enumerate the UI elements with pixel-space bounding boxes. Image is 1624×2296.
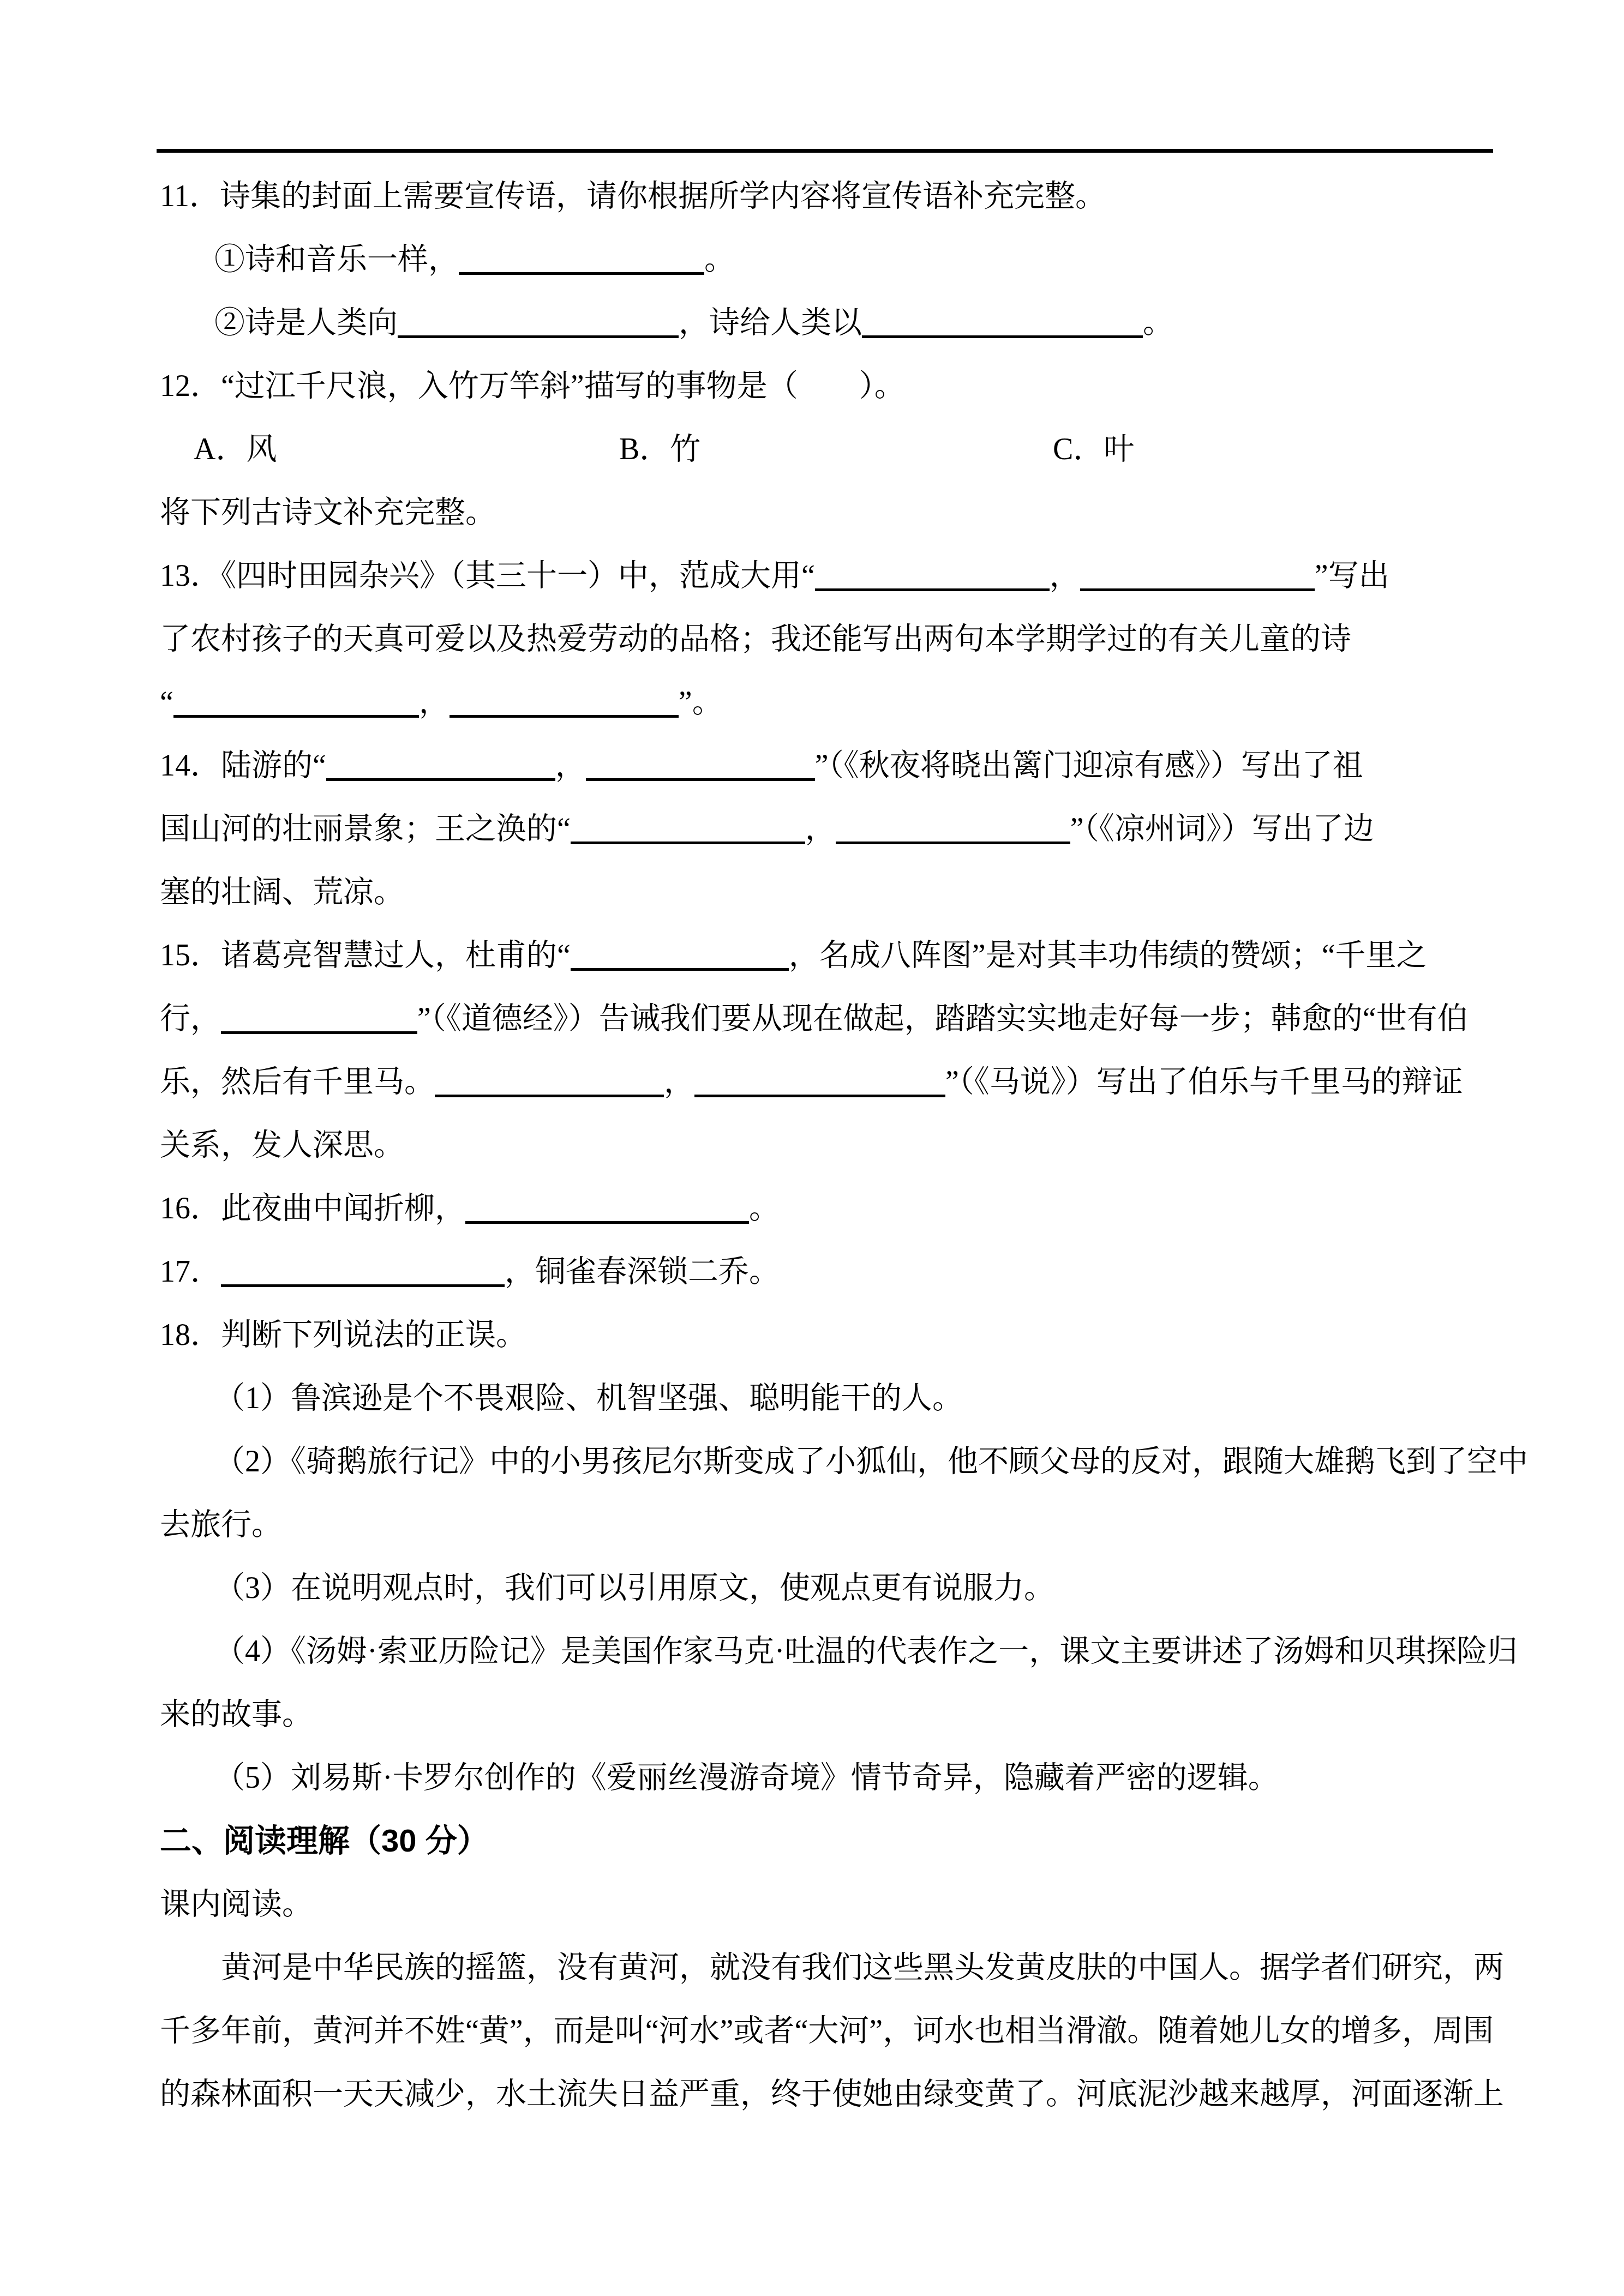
answer-blank [862,312,1143,338]
question-18-item-2-line-1: （2）《骑鹅旅行记》中的小男孩尼尔斯变成了小狐仙，他不顾父母的反对，跟随大雄鹅飞… [160,1430,1493,1493]
instruction-complete-poems: 将下列古诗文补充完整。 [160,481,1493,544]
text-run: ， [419,686,450,719]
text-run: 。 [704,243,735,277]
question-15-line-2: 行，”（《道德经》）告诫我们要从现在做起，踏踏实实地走好每一步；韩愈的“世有伯 [160,987,1493,1050]
question-18-item-2-line-2: 去旅行。 [160,1493,1493,1556]
question-18-item-3: （3）在说明观点时，我们可以引用原文，使观点更有说服力。 [160,1556,1493,1620]
text-run: ①诗和音乐一样， [214,243,459,277]
answer-blank [221,1261,505,1287]
question-17: 17．，铜雀春深锁二乔。 [160,1240,1493,1303]
text-run: 将下列古诗文补充完整。 [160,496,496,530]
passage-line-2: 千多年前，黄河并不姓“黄”，而是叫“河水”或者“大河”，诃水也相当滑澈。随着她儿… [160,1999,1493,2063]
answer-blank [435,1072,664,1097]
text-run: 塞的壮阔、荒凉。 [160,875,404,909]
text-run: ”。 [679,686,723,719]
text-run: ”（《凉州词》）写出了边 [1070,812,1374,846]
text-run: 黄河是中华民族的摇篮，没有黄河，就没有我们这些黑头发黄皮肤的中国人。据学者们研究… [221,1951,1504,1985]
question-16: 16．此夜曲中闻折柳，。 [160,1177,1493,1240]
passage-line-3: 的森林面积一天天减少，水土流失日益严重，终于使她由绿变黄了。河底泥沙越来越厚，河… [160,2063,1493,2126]
text-run: ”（《马说》）写出了伯乐与千里马的辩证 [945,1065,1463,1099]
text-run: 了农村孩子的天真可爱以及热爱劳动的品格；我还能写出两句本学期学过的有关儿童的诗 [160,622,1351,656]
passage-label: 课内阅读。 [160,1873,1493,1936]
question-18-item-4-line-2: 来的故事。 [160,1683,1493,1746]
answer-blank [450,692,679,718]
text-run: （5）刘易斯·卡罗尔创作的《爱丽丝漫游奇境》情节奇异，隐藏着严密的逻辑。 [214,1761,1279,1795]
answer-blank [326,755,555,781]
text-run: 18．判断下列说法的正误。 [160,1318,526,1352]
text-run: ”（《秋夜将晓出篱门迎凉有感》）写出了祖 [815,749,1363,783]
text-run: 关系，发人深思。 [160,1128,404,1162]
text-run: 15．诸葛亮智慧过人，杜甫的“ [160,939,571,972]
text-run: ，名成八阵图”是对其丰功伟绩的赞颂；“千里之 [789,939,1427,972]
text-run: 的森林面积一天天减少，水土流失日益严重，终于使她由绿变黄了。河底泥沙越来越厚，河… [160,2077,1504,2111]
answer-blank [694,1072,945,1097]
question-18-item-1: （1）鲁滨逊是个不畏艰险、机智坚强、聪明能干的人。 [160,1367,1493,1430]
text-run: 13．《四时田园杂兴》（其三十一）中，范成大用“ [160,559,815,593]
question-13-line-3: “，”。 [160,671,1493,734]
answer-blank [1080,566,1315,591]
text-run: 课内阅读。 [160,1888,313,1921]
text-run: ， [1050,559,1080,593]
text-run: 11．诗集的封面上需要宣传语，请你根据所学内容将宣传语补充完整。 [160,179,1106,213]
exam-document-page: 11．诗集的封面上需要宣传语，请你根据所学内容将宣传语补充完整。①诗和音乐一样，… [0,0,1624,2296]
text-run: 来的故事。 [160,1698,313,1732]
question-14-line-2: 国山河的壮丽景象；王之涣的“，”（《凉州词》）写出了边 [160,797,1493,861]
answer-blank [465,1198,749,1224]
header-divider [157,149,1493,153]
text-run: （1）鲁滨逊是个不畏艰险、机智坚强、聪明能干的人。 [214,1381,963,1415]
text-run: 14．陆游的“ [160,749,326,783]
answer-blank [571,819,805,844]
text-run: ②诗是人类向 [214,306,398,340]
text-run: 。 [749,1192,780,1225]
text-run: （4）《汤姆·索亚历险记》是美国作家马克·吐温的代表作之一，课文主要讲述了汤姆和… [214,1634,1518,1668]
answer-blank [398,312,679,338]
answer-blank [586,755,815,781]
text-run: 乐，然后有千里马。 [160,1065,435,1099]
question-13-line-1: 13．《四时田园杂兴》（其三十一）中，范成大用“，”写出 [160,544,1493,608]
question-15-line-1: 15．诸葛亮智慧过人，杜甫的“，名成八阵图”是对其丰功伟绩的赞颂；“千里之 [160,924,1493,987]
question-11-item-2: ②诗是人类向，诗给人类以。 [160,291,1493,354]
question-14-line-3: 塞的壮阔、荒凉。 [160,861,1493,924]
text-run: ，铜雀春深锁二乔。 [505,1255,780,1289]
text-run: 国山河的壮丽景象；王之涣的“ [160,812,571,846]
text-run: 千多年前，黄河并不姓“黄”，而是叫“河水”或者“大河”，诃水也相当滑澈。随着她儿… [160,2014,1494,2048]
option-b: B．竹 [619,418,1053,481]
option-c: C．叶 [1053,432,1134,466]
answer-blank [173,692,419,718]
question-18: 18．判断下列说法的正误。 [160,1303,1493,1367]
question-12: 12．“过江千尺浪，入竹万竿斜”描写的事物是（ ）。 [160,354,1493,418]
text-run: 16．此夜曲中闻折柳， [160,1192,465,1225]
text-run: ，诗给人类以 [679,306,862,340]
passage-line-1: 黄河是中华民族的摇篮，没有黄河，就没有我们这些黑头发黄皮肤的中国人。据学者们研究… [160,1936,1493,1999]
text-run: “ [160,686,173,719]
question-18-item-5: （5）刘易斯·卡罗尔创作的《爱丽丝漫游奇境》情节奇异，隐藏着严密的逻辑。 [160,1746,1493,1810]
answer-blank [221,1008,417,1034]
text-run: ， [805,812,836,846]
text-run: ”写出 [1315,559,1389,593]
text-run: 。 [1143,306,1173,340]
answer-blank [836,819,1070,844]
section-2-heading: 二、阅读理解（30 分） [160,1810,1493,1873]
text-run: 行， [160,1002,221,1036]
question-11-item-1: ①诗和音乐一样，。 [160,228,1493,291]
text-run: ， [555,749,586,783]
text-run: ， [664,1065,694,1099]
text-run: ”（《道德经》）告诫我们要从现在做起，踏踏实实地走好每一步；韩愈的“世有伯 [417,1002,1468,1036]
question-15-line-3: 乐，然后有千里马。，”（《马说》）写出了伯乐与千里马的辩证 [160,1050,1493,1114]
answer-blank [571,945,789,971]
answer-blank [459,249,704,275]
question-11: 11．诗集的封面上需要宣传语，请你根据所学内容将宣传语补充完整。 [160,165,1493,228]
exam-content: 11．诗集的封面上需要宣传语，请你根据所学内容将宣传语补充完整。①诗和音乐一样，… [160,165,1493,2126]
text-run: （3）在说明观点时，我们可以引用原文，使观点更有说服力。 [214,1571,1054,1605]
question-14-line-1: 14．陆游的“，”（《秋夜将晓出篱门迎凉有感》）写出了祖 [160,734,1493,797]
question-12-options: A．风B．竹C．叶 [160,418,1493,481]
text-run: 17． [160,1255,221,1289]
question-18-item-4-line-1: （4）《汤姆·索亚历险记》是美国作家马克·吐温的代表作之一，课文主要讲述了汤姆和… [160,1620,1493,1683]
answer-blank [815,566,1050,591]
option-a: A．风 [194,418,619,481]
text-run: （2）《骑鹅旅行记》中的小男孩尼尔斯变成了小狐仙，他不顾父母的反对，跟随大雄鹅飞… [214,1445,1528,1478]
text-run: 二、阅读理解（30 分） [160,1823,489,1859]
text-run: 12．“过江千尺浪，入竹万竿斜”描写的事物是（ ）。 [160,369,905,403]
text-run: 去旅行。 [160,1508,282,1542]
question-13-line-2: 了农村孩子的天真可爱以及热爱劳动的品格；我还能写出两句本学期学过的有关儿童的诗 [160,608,1493,671]
question-15-line-4: 关系，发人深思。 [160,1114,1493,1177]
